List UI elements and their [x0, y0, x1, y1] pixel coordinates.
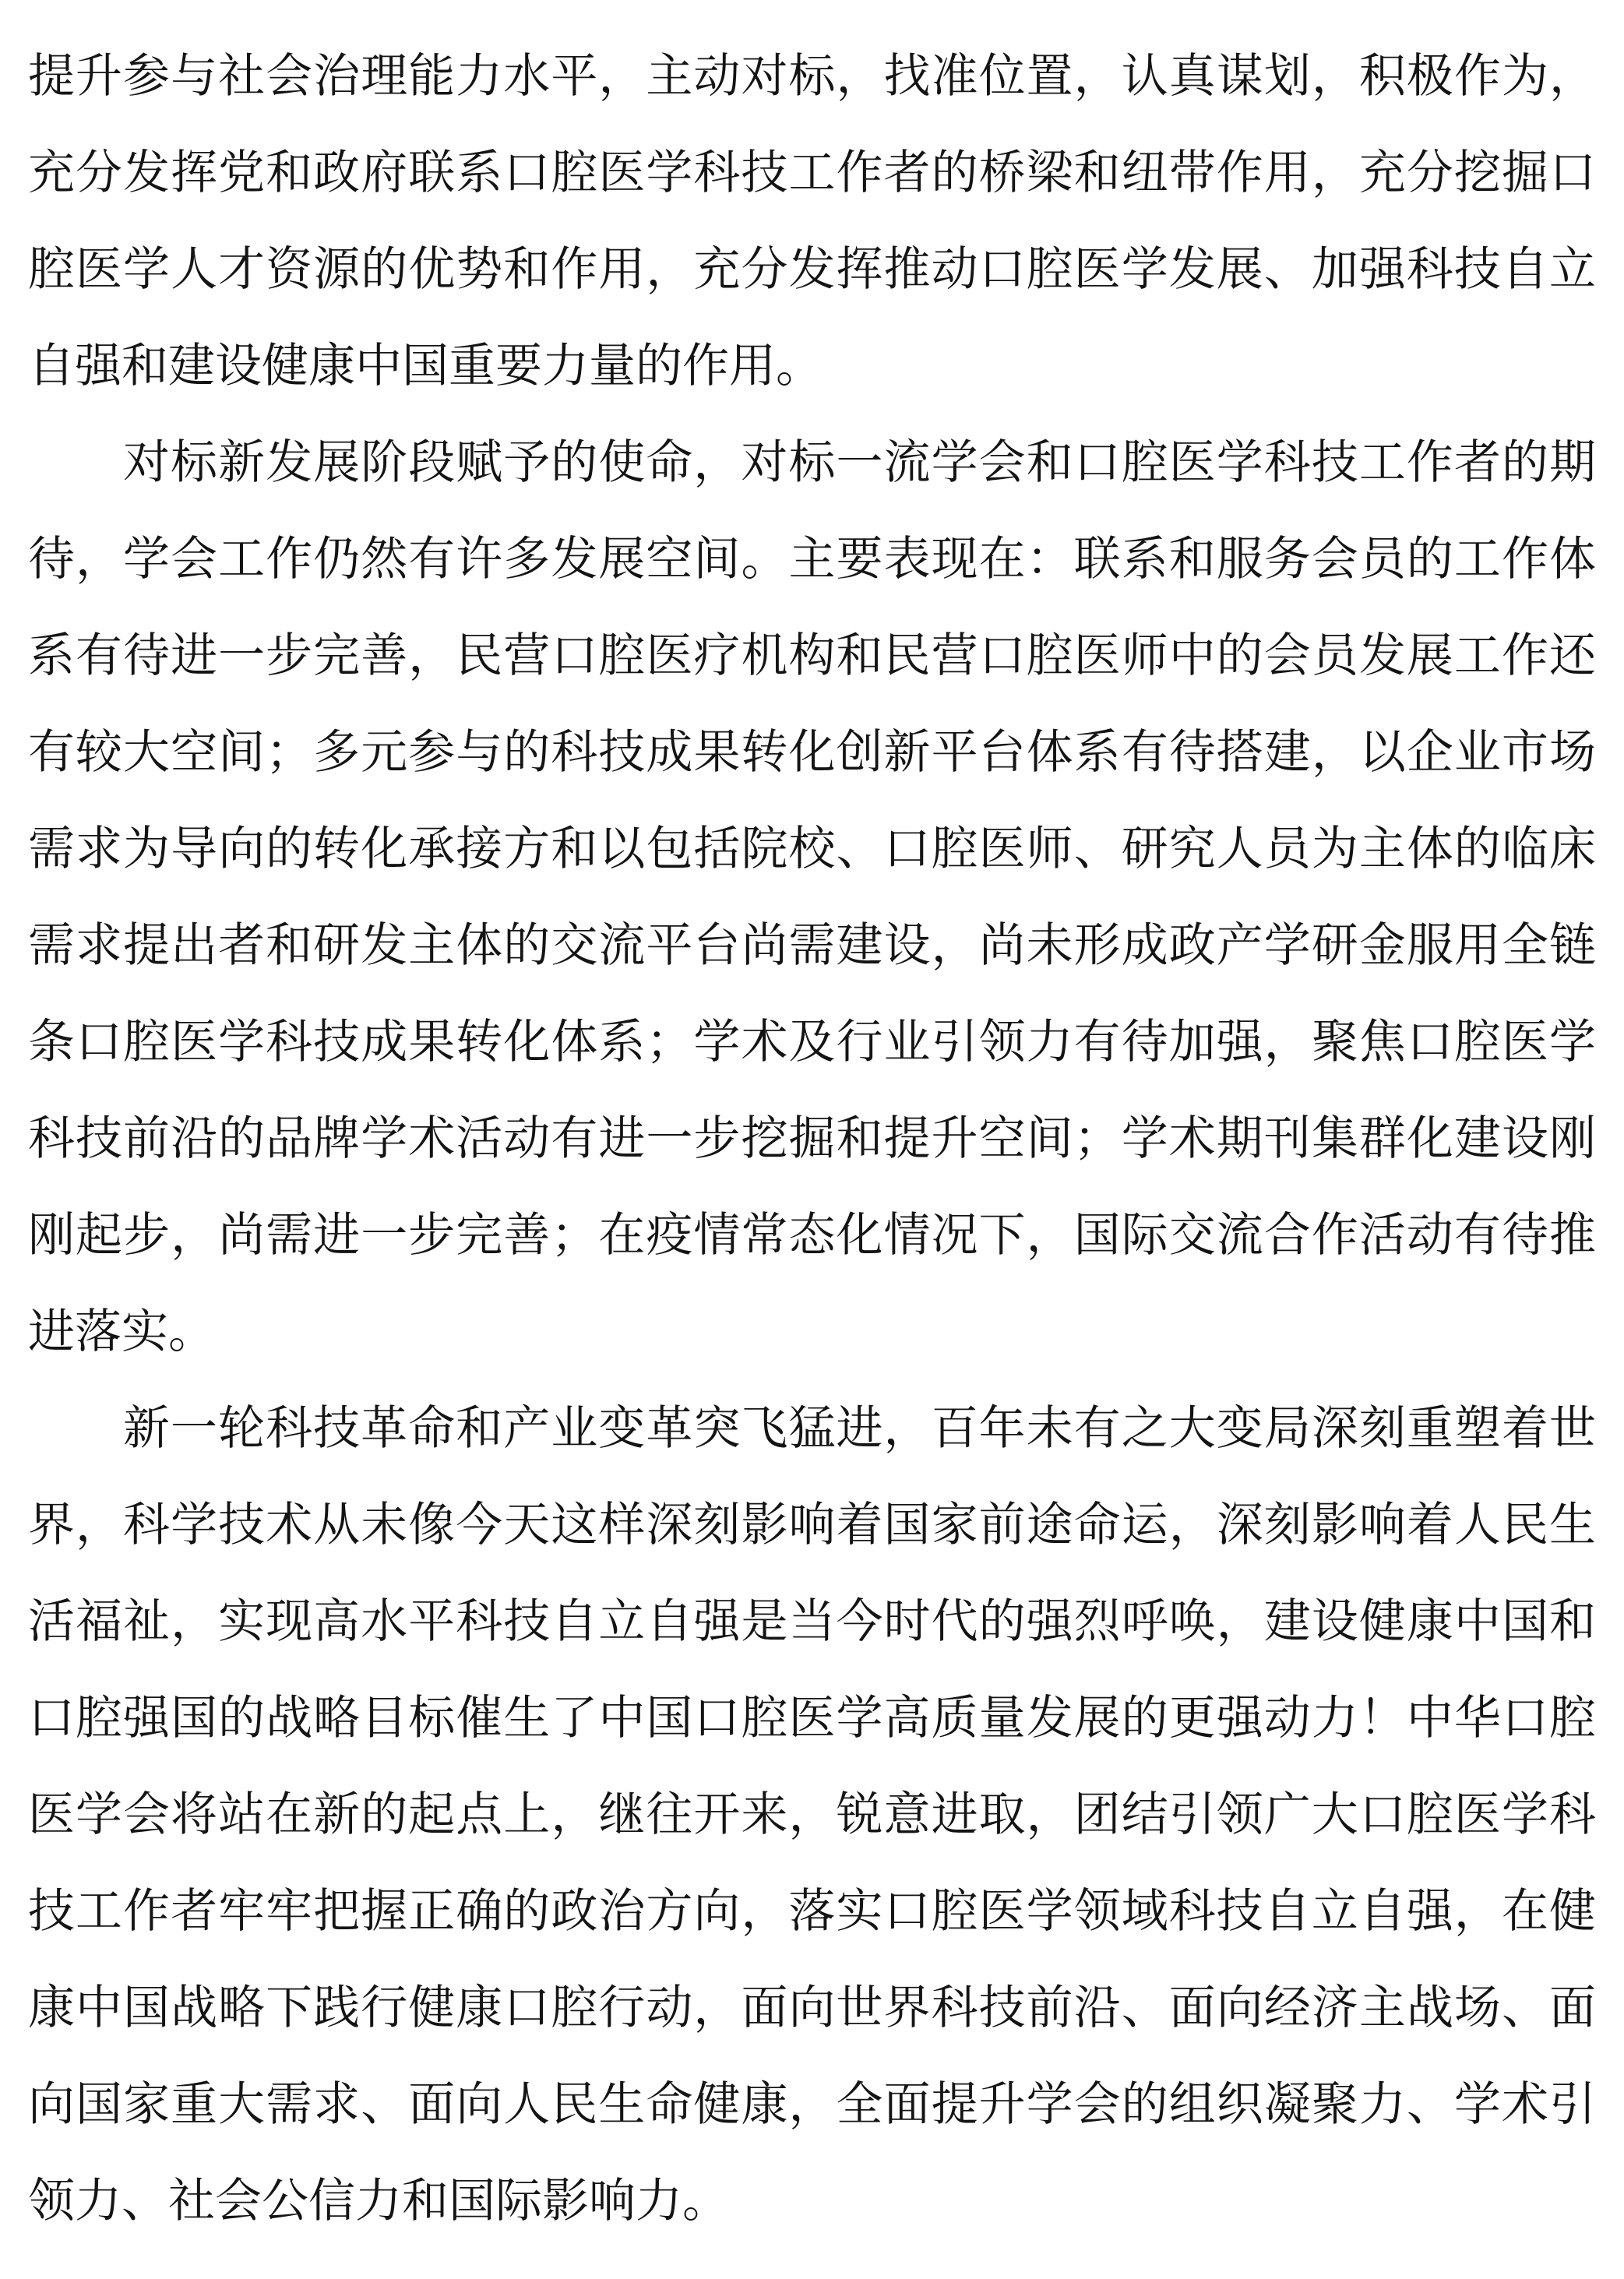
text-line: 充分发挥党和政府联系口腔医学科技工作者的桥梁和纽带作用，充分挖掘口 [28, 125, 1596, 221]
text-line: 领力、社会公信力和国际影响力。 [28, 2153, 1596, 2249]
text-line: 提升参与社会治理能力水平，主动对标，找准位置，认真谋划，积极作为， [28, 28, 1596, 125]
paragraph: 对标新发展阶段赋予的使命，对标一流学会和口腔医学科技工作者的期待，学会工作仍然有… [28, 414, 1596, 1380]
text-line: 对标新发展阶段赋予的使命，对标一流学会和口腔医学科技工作者的期 [28, 414, 1596, 511]
text-line: 口腔强国的战略目标催生了中国口腔医学高质量发展的更强动力！中华口腔 [28, 1670, 1596, 1766]
text-line: 进落实。 [28, 1284, 1596, 1380]
text-line: 新一轮科技革命和产业变革突飞猛进，百年未有之大变局深刻重塑着世 [28, 1380, 1596, 1477]
document-page: 提升参与社会治理能力水平，主动对标，找准位置，认真谋划，积极作为，充分发挥党和政… [0, 0, 1624, 2279]
text-line: 条口腔医学科技成果转化体系；学术及行业引领力有待加强，聚焦口腔医学 [28, 994, 1596, 1090]
text-line: 康中国战略下践行健康口腔行动，面向世界科技前沿、面向经济主战场、面 [28, 1960, 1596, 2056]
text-line: 腔医学人才资源的优势和作用，充分发挥推动口腔医学发展、加强科技自立 [28, 221, 1596, 318]
text-line: 活福祉，实现高水平科技自立自强是当今时代的强烈呼唤，建设健康中国和 [28, 1573, 1596, 1670]
paragraph: 提升参与社会治理能力水平，主动对标，找准位置，认真谋划，积极作为，充分发挥党和政… [28, 28, 1596, 414]
text-line: 向国家重大需求、面向人民生命健康，全面提升学会的组织凝聚力、学术引 [28, 2056, 1596, 2153]
text-line: 技工作者牢牢把握正确的政治方向，落实口腔医学领域科技自立自强，在健 [28, 1863, 1596, 1960]
text-line: 需求为导向的转化承接方和以包括院校、口腔医师、研究人员为主体的临床 [28, 801, 1596, 897]
text-line: 有较大空间；多元参与的科技成果转化创新平台体系有待搭建，以企业市场 [28, 704, 1596, 801]
document-text-block: 提升参与社会治理能力水平，主动对标，找准位置，认真谋划，积极作为，充分发挥党和政… [28, 28, 1596, 2249]
text-line: 刚起步，尚需进一步完善；在疫情常态化情况下，国际交流合作活动有待推 [28, 1187, 1596, 1284]
text-line: 医学会将站在新的起点上，继往开来，锐意进取，团结引领广大口腔医学科 [28, 1766, 1596, 1863]
text-line: 系有待进一步完善，民营口腔医疗机构和民营口腔医师中的会员发展工作还 [28, 608, 1596, 704]
paragraph: 新一轮科技革命和产业变革突飞猛进，百年未有之大变局深刻重塑着世界，科学技术从未像… [28, 1380, 1596, 2249]
text-line: 待，学会工作仍然有许多发展空间。主要表现在：联系和服务会员的工作体 [28, 511, 1596, 608]
text-line: 自强和建设健康中国重要力量的作用。 [28, 318, 1596, 414]
text-line: 科技前沿的品牌学术活动有进一步挖掘和提升空间；学术期刊集群化建设刚 [28, 1090, 1596, 1187]
text-line: 需求提出者和研发主体的交流平台尚需建设，尚未形成政产学研金服用全链 [28, 897, 1596, 994]
text-line: 界，科学技术从未像今天这样深刻影响着国家前途命运，深刻影响着人民生 [28, 1477, 1596, 1573]
